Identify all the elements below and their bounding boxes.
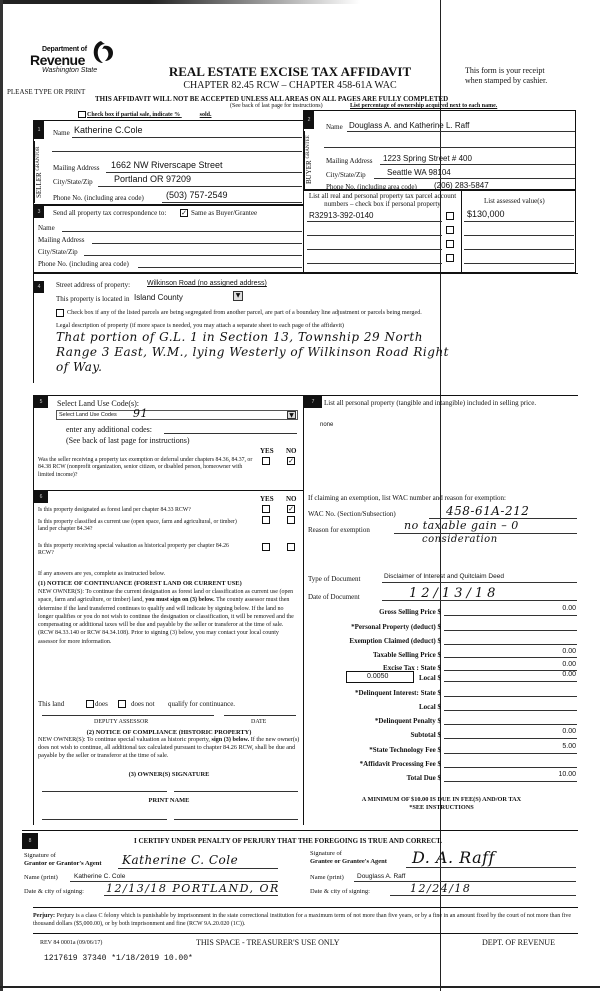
this-land-label: This land bbox=[38, 700, 64, 708]
exemption-claimed-label: Exemption Claimed (deduct) $ bbox=[349, 637, 441, 645]
list-percentage-note: List percentage of ownership acquired ne… bbox=[350, 103, 497, 109]
forest-question-2: Is this property classified as current u… bbox=[38, 519, 238, 534]
grantee-date-label: Date & city of signing: bbox=[310, 888, 370, 895]
grantor-sig-label-2: Grantor or Grantor's Agent bbox=[24, 860, 102, 867]
buyer-name-field[interactable]: Douglass A. and Katherine L. Raff bbox=[349, 121, 469, 130]
scan-edge-bottom bbox=[0, 986, 600, 988]
parcel-section: List all real and personal property tax … bbox=[303, 190, 576, 273]
corr-name-label: Name bbox=[38, 224, 55, 232]
buyer-phone-field[interactable]: (206) 283-5847 bbox=[434, 181, 489, 190]
assessed-value-1[interactable]: $130,000 bbox=[467, 209, 505, 219]
forest-q3-no[interactable] bbox=[287, 543, 295, 551]
personal-property-checkbox-2[interactable] bbox=[446, 226, 454, 234]
not-accepted-warning: THIS AFFIDAVIT WILL NOT BE ACCEPTED UNLE… bbox=[95, 95, 448, 103]
buyer-address-label: Mailing Address bbox=[326, 157, 372, 165]
exemption-yes-checkbox[interactable] bbox=[262, 457, 270, 465]
delinquent-penalty-label: *Delinquent Penalty $ bbox=[375, 717, 441, 725]
parcel-number-1[interactable]: R32913-392-0140 bbox=[309, 211, 374, 220]
see-back-note: (See back of last page for instructions) bbox=[230, 103, 323, 109]
gross-selling-price-value[interactable]: 0.00 bbox=[562, 605, 576, 612]
wave-emblem-icon bbox=[92, 40, 114, 64]
segregated-checkbox[interactable] bbox=[56, 309, 64, 317]
certify-section: 8 I CERTIFY UNDER PENALTY OF PERJURY THA… bbox=[22, 830, 578, 905]
yes-header: YES bbox=[260, 447, 274, 455]
logo-revenue: Revenue bbox=[30, 52, 85, 68]
seller-city-field[interactable]: Portland OR 97209 bbox=[114, 174, 191, 184]
subtotal-value[interactable]: 0.00 bbox=[562, 728, 576, 735]
please-type-note: PLEASE TYPE OR PRINT bbox=[7, 88, 85, 96]
personal-property-checkbox-4[interactable] bbox=[446, 254, 454, 262]
exemption-reason-field[interactable]: no taxable gain – 0 bbox=[404, 519, 519, 532]
local-rate-box[interactable]: 0.0050 bbox=[346, 671, 414, 683]
grantor-sig-label-1: Signature of bbox=[24, 852, 56, 859]
seller-phone-field[interactable]: (503) 757-2549 bbox=[166, 190, 228, 200]
taxable-selling-price-label: Taxable Selling Price $ bbox=[373, 651, 441, 659]
street-field[interactable]: Wilkinson Road (no assigned address) bbox=[147, 280, 267, 287]
form-subtitle: CHAPTER 82.45 RCW – CHAPTER 458-61A WAC bbox=[150, 80, 430, 91]
section-number-4: 4 bbox=[34, 281, 44, 293]
date-label: DATE bbox=[251, 719, 266, 725]
doc-type-label: Type of Document bbox=[308, 575, 360, 583]
exemption-reason-line-2[interactable]: consideration bbox=[422, 534, 498, 545]
exemption-question: Was the seller receiving a property tax … bbox=[38, 457, 258, 479]
personal-property-checkbox-1[interactable] bbox=[446, 212, 454, 220]
doc-date-field[interactable]: 12/13/18 bbox=[409, 586, 499, 601]
buyer-name-label: Name bbox=[326, 123, 343, 131]
treasurer-use-label: THIS SPACE - TREASURER'S USE ONLY bbox=[196, 938, 340, 947]
county-select[interactable]: Island County bbox=[134, 293, 183, 302]
grantor-name-field[interactable]: Katherine C. Cole bbox=[74, 873, 125, 880]
forest-section: 6 YES NO Is this property designated as … bbox=[33, 490, 303, 825]
grantee-signature[interactable]: D. A. Raff bbox=[412, 848, 495, 867]
parcel-header: List all real and personal property tax … bbox=[304, 192, 461, 208]
same-as-buyer-checkbox[interactable]: ✓ bbox=[180, 209, 188, 217]
total-due-label: Total Due $ bbox=[407, 774, 441, 782]
logo-state: Washington State bbox=[42, 67, 97, 74]
tax-calculation: Type of Document Disclaimer of Interest … bbox=[303, 565, 578, 825]
land-use-dropdown-icon[interactable]: ▼ bbox=[287, 411, 296, 419]
personal-property-label: List all personal property (tangible and… bbox=[324, 398, 574, 408]
dor-logo: Department of Revenue Washington State bbox=[30, 40, 125, 75]
section-number-5: 5 bbox=[34, 396, 48, 408]
buyer-city-label: City/State/Zip bbox=[326, 171, 366, 179]
grantor-date-field[interactable]: 12/13/18 PORTLAND, OR bbox=[106, 882, 280, 895]
see-instructions-note: *SEE INSTRUCTIONS bbox=[304, 804, 579, 811]
buyer-section: 2 BUYER GRANTEE Name Douglass A. and Kat… bbox=[303, 110, 576, 190]
land-use-label: Select Land Use Code(s): bbox=[57, 399, 139, 408]
correspondence-section: 3 Send all property tax correspondence t… bbox=[33, 205, 303, 273]
corr-phone-label: Phone No. (including area code) bbox=[38, 260, 129, 268]
personal-property-section: 7 List all personal property (tangible a… bbox=[303, 395, 578, 565]
qualify-label: qualify for continuance. bbox=[168, 700, 235, 708]
delinquent-interest-local-label: Local $ bbox=[419, 703, 441, 711]
seller-name-field[interactable]: Katherine C.Cole bbox=[74, 125, 143, 135]
personal-property-deduct-label: *Personal Property (deduct) $ bbox=[351, 623, 441, 631]
section-number-7: 7 bbox=[304, 396, 322, 408]
treasurer-stamp: 1217619 37340 *1/18/2019 10.00* bbox=[44, 954, 193, 963]
seller-address-label: Mailing Address bbox=[53, 164, 99, 172]
same-as-buyer-label: Same as Buyer/Grantee bbox=[191, 209, 257, 217]
street-label: Street address of property: bbox=[56, 281, 130, 289]
personal-property-value[interactable]: none bbox=[320, 422, 333, 428]
affidavit-fee-label: *Affidavit Processing Fee $ bbox=[360, 760, 441, 768]
footer-divider bbox=[33, 933, 578, 934]
receipt-note: This form is your receipt when stamped b… bbox=[465, 66, 547, 86]
seller-city-label: City/State/Zip bbox=[53, 178, 93, 186]
grantee-date-field[interactable]: 12/24/18 bbox=[410, 882, 471, 895]
forest-q3-yes[interactable] bbox=[262, 543, 270, 551]
county-dropdown-icon[interactable]: ▼ bbox=[233, 291, 243, 301]
grantee-name-field[interactable]: Douglass A. Raff bbox=[357, 873, 405, 880]
does-not-label: does not bbox=[131, 700, 155, 708]
partial-sale-checkbox[interactable]: Check box if partial sale, indicate % so… bbox=[78, 111, 212, 118]
scan-edge-top bbox=[0, 0, 600, 4]
land-use-select[interactable]: Select Land Use Codes 91 ▼ bbox=[56, 410, 298, 420]
legal-line-2[interactable]: Range 3 East, W.M., lying Westerly of Wi… bbox=[56, 345, 449, 359]
total-due-value[interactable]: 10.00 bbox=[558, 771, 576, 778]
grantor-name-label: Name (print) bbox=[24, 874, 58, 881]
buyer-city-field[interactable]: Seattle WA 98104 bbox=[387, 168, 451, 177]
grantee-name-label: Name (print) bbox=[310, 874, 344, 881]
state-tech-fee-value[interactable]: 5.00 bbox=[562, 743, 576, 750]
gross-selling-price-label: Gross Selling Price $ bbox=[379, 608, 441, 616]
dept-revenue-label: DEPT. OF REVENUE bbox=[482, 938, 555, 947]
revision-number: REV 84 0001a (09/06/17) bbox=[40, 940, 102, 946]
segregated-label: Check box if any of the listed parcels a… bbox=[67, 309, 422, 316]
seller-section: 1 SELLER GRANTOR Name Katherine C.Cole M… bbox=[33, 120, 303, 205]
taxable-selling-price-value[interactable]: 0.00 bbox=[562, 648, 576, 655]
no-header-6: NO bbox=[286, 495, 297, 503]
additional-codes-label: enter any additional codes: bbox=[66, 425, 152, 434]
minimum-due-note: A MINIMUM OF $10.00 IS DUE IN FEE(S) AND… bbox=[304, 796, 579, 803]
excise-local-label: Local $ bbox=[419, 674, 441, 682]
form-title: REAL ESTATE EXCISE TAX AFFIDAVIT bbox=[150, 64, 430, 80]
print-name-label: PRINT NAME bbox=[38, 797, 300, 805]
seller-side-label: SELLER GRANTOR bbox=[34, 141, 48, 203]
legal-line-1[interactable]: That portion of G.L. 1 in Section 13, To… bbox=[56, 330, 423, 344]
notice-compliance-text: NEW OWNER(S): To continue special valuat… bbox=[38, 736, 300, 759]
exemption-no-checkbox[interactable]: ✓ bbox=[287, 457, 295, 465]
land-use-see-back: (See back of last page for instructions) bbox=[66, 436, 190, 445]
doc-date-label: Date of Document bbox=[308, 593, 360, 601]
excise-local-value[interactable]: 0.00 bbox=[562, 671, 576, 678]
correspondence-label: Send all property tax correspondence to: bbox=[53, 209, 166, 217]
forest-q1-no[interactable]: ✓ bbox=[287, 505, 295, 513]
scan-edge-left bbox=[0, 0, 3, 991]
if-yes-note: If any answers are yes, complete as inst… bbox=[38, 570, 165, 578]
notice-continuance-text: NEW OWNER(S): To continue the current de… bbox=[38, 588, 300, 646]
wac-number-field[interactable]: 458-61A-212 bbox=[446, 504, 529, 518]
forest-q1-yes[interactable] bbox=[262, 505, 270, 513]
grantor-signature[interactable]: Katherine C. Cole bbox=[122, 853, 238, 867]
does-label: does bbox=[95, 700, 108, 708]
delinquent-interest-state-label: *Delinquent Interest: State $ bbox=[355, 689, 441, 697]
exemption-wac-label: If claiming an exemption, list WAC numbe… bbox=[308, 494, 506, 502]
land-use-section: 5 Select Land Use Code(s): Select Land U… bbox=[33, 395, 303, 490]
yes-header-6: YES bbox=[260, 495, 274, 503]
property-section: 4 Street address of property: Wilkinson … bbox=[33, 273, 578, 383]
forest-question-1: Is this property designated as forest la… bbox=[38, 507, 258, 514]
doc-type-field[interactable]: Disclaimer of Interest and Quitclaim Dee… bbox=[384, 573, 504, 580]
grantee-sig-label-2: Grantee or Grantee's Agent bbox=[310, 858, 387, 865]
corr-address-label: Mailing Address bbox=[38, 236, 84, 244]
forest-q2-no[interactable] bbox=[287, 516, 295, 524]
partial-sale-box[interactable] bbox=[78, 111, 86, 118]
owner-signature-label: (3) OWNER(S) SIGNATURE bbox=[38, 771, 300, 779]
legal-label: Legal description of property (if more s… bbox=[56, 322, 344, 329]
deputy-assessor-label: DEPUTY ASSESSOR bbox=[94, 719, 148, 725]
assessed-value-header: List assessed value(s) bbox=[484, 197, 545, 205]
buyer-address-field[interactable]: 1223 Spring Street # 400 bbox=[383, 154, 472, 163]
certify-statement: I CERTIFY UNDER PENALTY OF PERJURY THAT … bbox=[134, 837, 442, 845]
grantee-sig-label-1: Signature of bbox=[310, 850, 342, 857]
section-number-2: 2 bbox=[304, 111, 314, 129]
state-tech-fee-label: *State Technology Fee $ bbox=[369, 746, 441, 754]
forest-q2-yes[interactable] bbox=[262, 516, 270, 524]
does-qualify-checkbox[interactable] bbox=[86, 700, 94, 708]
section-number-8: 8 bbox=[22, 833, 38, 849]
perjury-notice: Perjury: Perjury is a class C felony whi… bbox=[33, 907, 578, 928]
section-number-6: 6 bbox=[34, 491, 48, 503]
corr-city-label: City/State/Zip bbox=[38, 248, 78, 256]
seller-phone-label: Phone No. (including area code) bbox=[53, 194, 144, 202]
section-number-3: 3 bbox=[34, 206, 44, 218]
personal-property-checkbox-3[interactable] bbox=[446, 240, 454, 248]
grantor-date-label: Date & city of signing: bbox=[24, 888, 84, 895]
land-use-code: 91 bbox=[133, 407, 148, 420]
forest-question-3: Is this property receiving special valua… bbox=[38, 543, 238, 558]
excise-state-value[interactable]: 0.00 bbox=[562, 661, 576, 668]
wac-number-label: WAC No. (Section/Subsection) bbox=[308, 510, 396, 518]
does-not-qualify-checkbox[interactable] bbox=[118, 700, 126, 708]
exemption-reason-label: Reason for exemption bbox=[308, 526, 370, 534]
county-label: This property is located in bbox=[56, 295, 129, 303]
legal-line-3[interactable]: of Way. bbox=[56, 360, 102, 374]
subtotal-label: Subtotal $ bbox=[410, 731, 441, 739]
seller-address-field[interactable]: 1662 NW Riverscape Street bbox=[111, 160, 223, 170]
seller-name-label: Name bbox=[53, 129, 70, 137]
section-number-1: 1 bbox=[34, 121, 44, 139]
no-header: NO bbox=[286, 447, 297, 455]
buyer-side-label: BUYER GRANTEE bbox=[304, 131, 318, 189]
